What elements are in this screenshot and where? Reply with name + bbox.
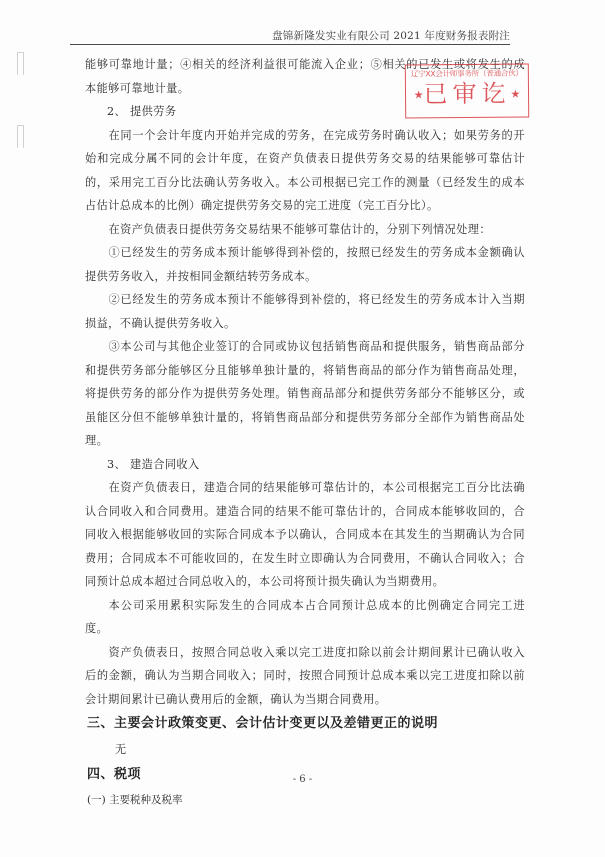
section-title-policy-changes: 三、主要会计政策变更、会计估计变更以及差错更正的说明 [85,711,525,737]
paragraph: ①已经发生的劳务成本预计能够得到补偿的，按照已经发生的劳务成本金额确认提供劳务收… [85,241,525,288]
page-header: 盘锦新隆发实业有限公司 2021 年度财务报表附注 [70,28,510,43]
star-icon: ★ [510,88,520,101]
subsection-title-tax-rates: (一) 主要税种及税率 [85,788,525,812]
subsection-title-construction: 3、 建造合同收入 [85,453,525,477]
document-page: 盘锦新隆发实业有限公司 2021 年度财务报表附注 能够可靠地计量；④相关的经济… [0,0,605,857]
paragraph: 在同一个会计年度内开始并完成的劳务，在完成劳务时确认收入；如果劳务的开始和完成分… [85,124,525,218]
stamp-text-row: ★已审讫★ [406,78,528,110]
paragraph: 在资产负债表日，建造合同的结果能够可靠估计的，本公司根据完工百分比法确认合同收入… [85,476,525,594]
paragraph: ③本公司与其他企业签订的合同或协议包括销售商品和提供服务，销售商品部分和提供劳务… [85,335,525,453]
audit-stamp: 辽宁XX会计师事务所（普通合伙） ★已审讫★ [405,63,529,118]
paragraph: 在资产负债表日提供劳务交易结果不能够可靠估计的，分别下列情况处理： [85,218,525,242]
paragraph: 本公司采用累积实际发生的合同成本占合同预计总成本的比例确定合同完工进度。 [85,594,525,641]
header-divider [70,44,510,45]
paragraph: ②已经发生的劳务成本预计不能够得到补偿的，将已经发生的劳务成本计入当期损益，不确… [85,288,525,335]
stamp-audited-text: 已审讫 [423,80,510,109]
section-body-none: 无 [85,737,525,762]
star-icon: ★ [414,88,424,101]
paragraph: 资产负债表日，按照合同总收入乘以完工进度扣除以前会计期间累计已确认收入后的金额，… [85,641,525,712]
binding-hole-mark [17,125,24,148]
page-number: - 6 - [0,774,605,785]
binding-hole-mark [17,52,24,75]
document-body: 能够可靠地计量；④相关的经济利益很可能流入企业；⑤相关的已发生或将发生的成本能够… [85,53,525,812]
